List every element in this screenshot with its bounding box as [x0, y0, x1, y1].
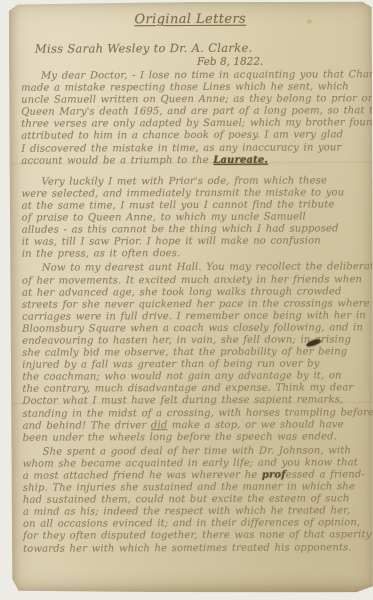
- handwriting-line: been under the wheels long before the sp…: [23, 431, 373, 445]
- emphasized-word: did: [151, 420, 168, 431]
- handwriting-line: I discovered the mistake in time, as any…: [21, 142, 372, 156]
- text-segment: and behind! The driver: [23, 420, 151, 432]
- handwriting-line: for they often disputed together, there …: [23, 530, 373, 544]
- letter-heading: Original Letters: [9, 11, 372, 28]
- handwriting-line: it was, till I saw Prior. I hope it will…: [22, 235, 373, 249]
- letter-date: Feb 8, 1822.: [197, 55, 372, 68]
- handwriting-line: Now to my dearest aunt Hall. You may rec…: [22, 262, 373, 276]
- handwriting-line: and behind! The driver did make a stop, …: [23, 419, 373, 433]
- letter-page: Original Letters Miss Sarah Wesley to Dr…: [9, 1, 373, 594]
- scanned-letter: Original Letters Miss Sarah Wesley to Dr…: [0, 0, 373, 600]
- handwriting-line: towards her with which he sometimes trea…: [23, 542, 373, 556]
- letter-addressee: Miss Sarah Wesley to Dr. A. Clarke.: [35, 40, 372, 55]
- text-segment: a most attached friend he was wherever h…: [23, 470, 262, 482]
- letter-content: Original Letters Miss Sarah Wesley to Dr…: [9, 1, 373, 594]
- handwriting-line: in the press, as it often does.: [22, 248, 373, 262]
- letter-body: My dear Doctor, - I lose no time in acqu…: [21, 69, 373, 555]
- handwriting-line: attributed to him in a chance book of po…: [21, 130, 372, 144]
- emphasized-word: prof: [262, 470, 286, 481]
- text-segment: make a stop, or we should have: [167, 419, 343, 431]
- handwriting-line: she calmly bid me observe, that the prob…: [22, 346, 373, 360]
- handwriting-line: at the same time, I must tell you I cann…: [22, 199, 373, 213]
- handwriting-line: of her movements. It excited much anxiet…: [22, 274, 373, 288]
- paper-speck: [307, 19, 312, 23]
- text-segment: essed a friend-: [286, 469, 365, 480]
- handwriting-line: at her advanced age, she took long walks…: [22, 286, 373, 300]
